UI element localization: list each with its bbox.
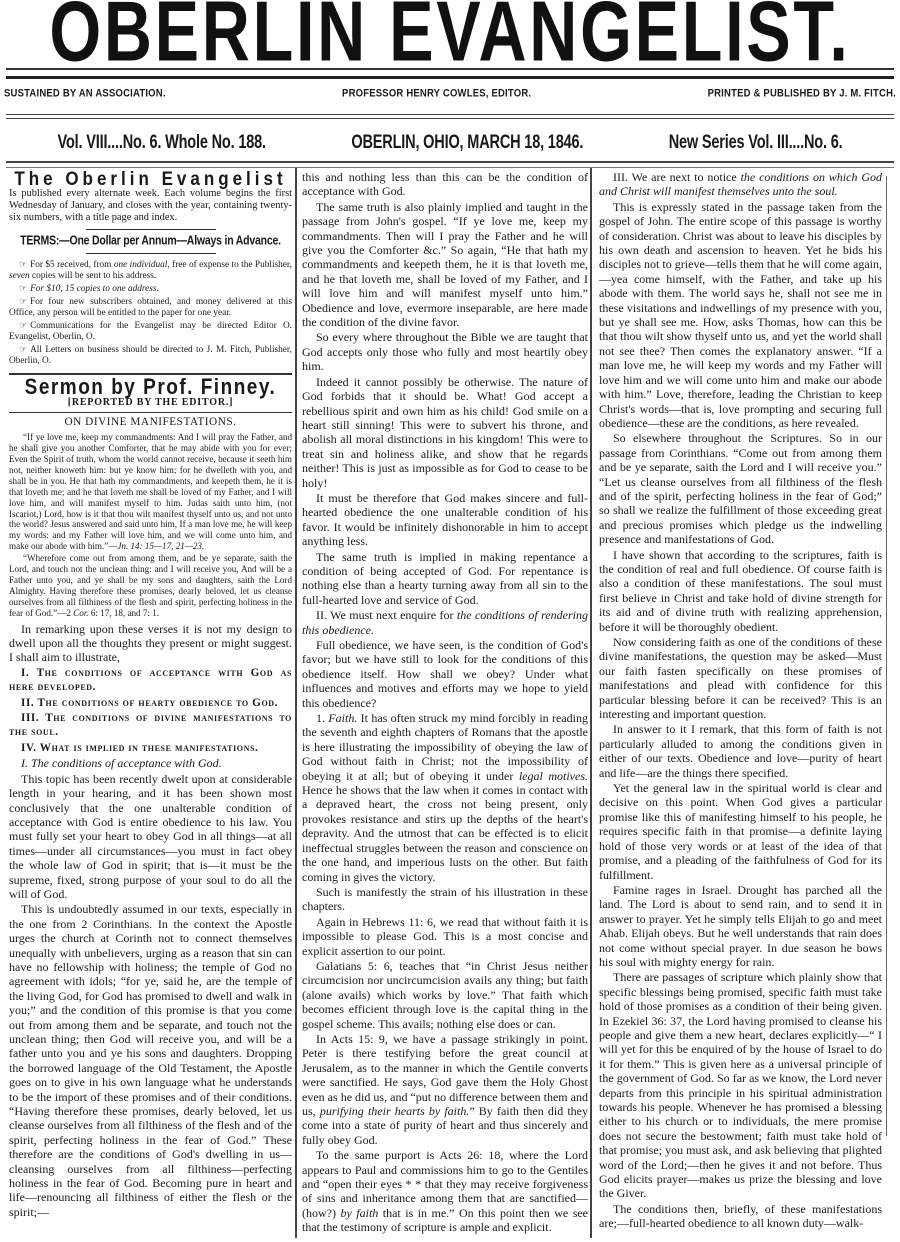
- masthead-rule: [6, 68, 894, 79]
- notice-item: ☞Communications for the Evangelist may b…: [9, 320, 292, 343]
- pointing-hand-icon: ☞: [19, 283, 27, 293]
- subhead-rule-top: [6, 114, 894, 115]
- scripture-john: “If ye love me, keep my commandments: An…: [9, 432, 292, 552]
- body-paragraph: The same truth is also plainly implied a…: [302, 200, 588, 330]
- sermon-outline: In remarking upon these verses it is not…: [9, 622, 292, 1220]
- sermon-intro: In remarking upon these verses it is not…: [9, 622, 292, 665]
- publisher-box-title: The Oberlin Evangelist: [9, 171, 292, 186]
- body-paragraph: Full obedience, we have seen, is the con…: [302, 638, 588, 710]
- sermon-subject: ON DIVINE MANIFESTATIONS.: [9, 416, 292, 429]
- body-paragraph: Now considering faith as one of the cond…: [599, 635, 882, 721]
- body-paragraph: In Acts 15: 9, we have a passage strikin…: [302, 1032, 588, 1147]
- column-left: The Oberlin Evangelist Is published ever…: [9, 170, 292, 1219]
- body-paragraph: The conditions then, briefly, of these m…: [599, 1202, 882, 1231]
- publisher-note: PRINTED & PUBLISHED BY J. M. FITCH.: [708, 86, 896, 99]
- scripture-corinthians: “Wherefore come out from among them, and…: [9, 553, 292, 618]
- sermon-title: Sermon by Prof. Finney.: [9, 380, 292, 395]
- body-paragraph: It must be therefore that God makes sinc…: [302, 491, 588, 549]
- outline-item: I. The conditions of acceptance with God…: [9, 666, 292, 695]
- association-note: SUSTAINED BY AN ASSOCIATION.: [4, 86, 166, 99]
- publisher-intro: Is published every alternate week. Each …: [9, 188, 292, 224]
- dateline: Vol. VIII....No. 6. Whole No. 188. OBERL…: [58, 129, 843, 155]
- subhead: SUSTAINED BY AN ASSOCIATION. PROFESSOR H…: [4, 85, 896, 102]
- body-paragraph: There are passages of scripture which pl…: [599, 970, 882, 1201]
- body-paragraph: this and nothing less than this can be t…: [302, 170, 588, 199]
- series-number: New Series Vol. III....No. 6.: [669, 131, 843, 154]
- body-paragraph: This topic has been recently dwelt upon …: [9, 772, 292, 902]
- column-divider: [590, 168, 592, 1238]
- section-heading: I. The conditions of acceptance with God…: [9, 756, 292, 770]
- subhead-rule-bottom: [6, 118, 894, 119]
- editor-note: PROFESSOR HENRY COWLES, EDITOR.: [342, 86, 531, 99]
- section-heading: II. We must next enquire for the conditi…: [302, 608, 588, 637]
- section-heading: III. We are next to notice the condition…: [599, 170, 882, 199]
- body-paragraph: 1. Faith. It has often struck my mind fo…: [302, 711, 588, 884]
- masthead: OBERLIN EVANGELIST.: [0, 0, 900, 66]
- issue-date: OBERLIN, OHIO, MARCH 18, 1846.: [351, 131, 583, 154]
- body-paragraph: Galatians 5: 6, teaches that “in Christ …: [302, 959, 588, 1031]
- body-paragraph: This is expressly stated in the passage …: [599, 200, 882, 431]
- notice-item: ☞All Letters on business should be direc…: [9, 344, 292, 367]
- body-paragraph: Again in Hebrews 11: 6, we read that wit…: [302, 915, 588, 958]
- body-paragraph: I have shown that according to the scrip…: [599, 548, 882, 634]
- pointing-hand-icon: ☞: [19, 344, 27, 354]
- publisher-box: The Oberlin Evangelist Is published ever…: [9, 172, 292, 367]
- notices: ☞For $5 received, from one individual, f…: [9, 259, 292, 367]
- body-paragraph: Indeed it cannot possibly be otherwise. …: [302, 375, 588, 490]
- body-paragraph: In answer to it I remark, that this form…: [599, 722, 882, 780]
- outline-item: III. The conditions of divine manifestat…: [9, 711, 292, 740]
- body-paragraph: To the same purport is Acts 26: 18, wher…: [302, 1148, 588, 1234]
- scripture-text: “If ye love me, keep my commandments: An…: [9, 432, 292, 618]
- column-middle: this and nothing less than this can be t…: [302, 170, 588, 1235]
- body-paragraph: Such is manifestly the strain of his ill…: [302, 885, 588, 914]
- pointing-hand-icon: ☞: [19, 320, 27, 330]
- pointing-hand-icon: ☞: [19, 296, 27, 306]
- body-paragraph: So elsewhere throughout the Scriptures. …: [599, 431, 882, 546]
- pointing-hand-icon: ☞: [19, 259, 27, 269]
- body-paragraph: This is undoubtedly assumed in our texts…: [9, 902, 292, 1219]
- body-paragraph: Famine rages in Israel. Drought has parc…: [599, 883, 882, 969]
- outline-item: II. The conditions of hearty obedience t…: [9, 696, 292, 710]
- divider: [86, 253, 216, 254]
- body-paragraph: So every where throughout the Bible we a…: [302, 330, 588, 373]
- notice-item: ☞For $10, 15 copies to one address.: [9, 283, 292, 295]
- column-divider: [295, 168, 297, 1238]
- divider: [86, 229, 216, 230]
- body-paragraph: Yet the general law in the spiritual wor…: [599, 781, 882, 882]
- notice-item: ☞For $5 received, from one individual, f…: [9, 259, 292, 282]
- volume-number: Vol. VIII....No. 6. Whole No. 188.: [58, 131, 266, 154]
- newspaper-title: OBERLIN EVANGELIST.: [45, 0, 855, 70]
- column-right: III. We are next to notice the condition…: [599, 170, 882, 1231]
- subscription-terms: TERMS:—One Dollar per Annum—Always in Ad…: [9, 234, 292, 250]
- divider: [9, 412, 292, 413]
- notice-item: ☞For four new subscribers obtained, and …: [9, 296, 292, 319]
- outline-item: IV. What is implied in these manifestati…: [9, 741, 292, 755]
- column-divider: [886, 176, 887, 1136]
- body-paragraph: The same truth is implied in making repe…: [302, 550, 588, 608]
